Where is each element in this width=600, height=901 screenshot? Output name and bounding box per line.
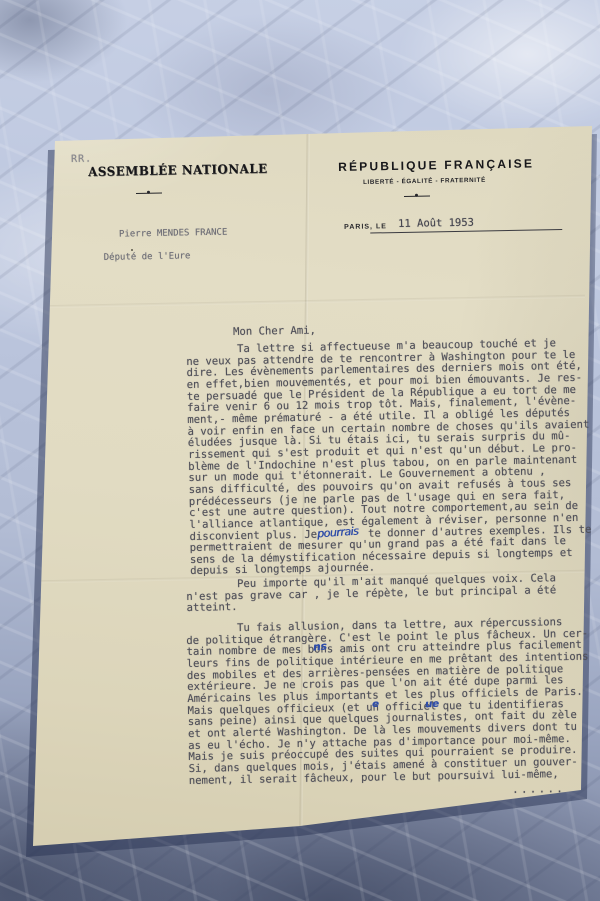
sender-name: Pierre MENDES FRANCE [119,227,228,239]
paragraph-2: Peu importe qu'il m'ait manqué quelques … [186,573,557,615]
paris-le-label: PARIS, LE [344,223,387,231]
sender-title: Député de l'Eure [98,250,228,264]
closing-ellipsis: ...... [512,783,565,796]
paragraph-3: Tu fais allusion, dans ta lettre, aux ré… [186,617,591,788]
paragraph-1: Ta lettre si affectueuse m'a beaucoup to… [186,338,592,578]
letter-photograph: RR. ASSEMBLÉE NATIONALE Pierre MENDES FR… [0,0,600,901]
handwritten-correction-e: e [372,699,379,710]
sender-block: Pierre MENDES FRANCE Député de l'Eure [97,216,228,287]
handwritten-correction-ue: ue [425,699,439,711]
date-value: 11 Août 1953 [398,217,474,230]
salutation: Mon Cher Ami, [233,325,316,338]
fold-crease-horizontal-upper [40,295,585,308]
handwritten-correction-ns: ns [313,640,328,653]
